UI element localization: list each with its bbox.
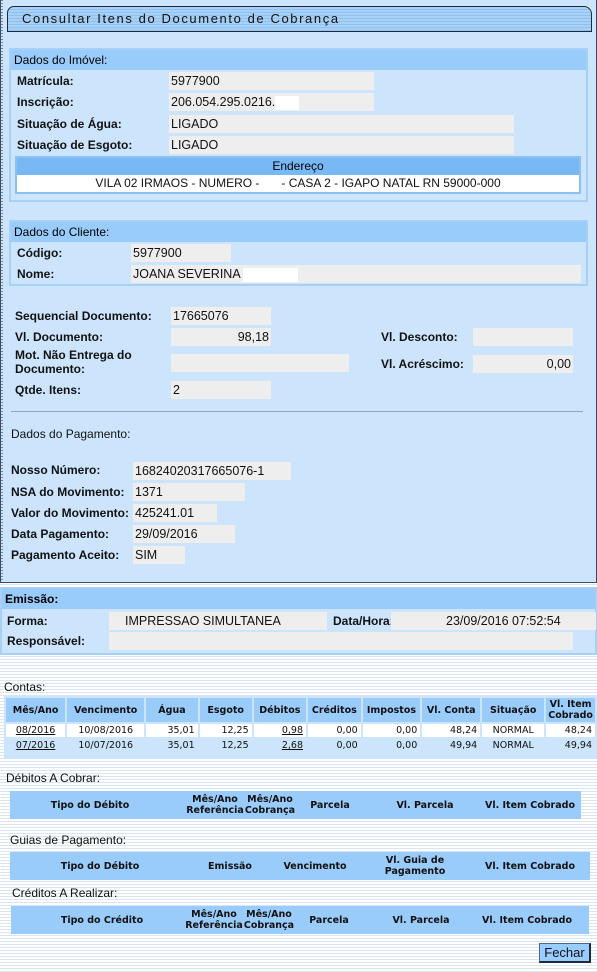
codigo-value: 5977900 xyxy=(131,244,231,262)
mot-label-2: Documento: xyxy=(15,362,85,376)
emissao-header: Emissão: xyxy=(2,589,595,609)
fechar-button[interactable]: Fechar xyxy=(539,943,591,963)
vl-desconto-label: Vl. Desconto: xyxy=(381,328,458,346)
table-cell: 10/08/2016 xyxy=(67,724,144,737)
aceito-label: Pagamento Aceito: xyxy=(11,546,119,564)
nsa-value: 1371 xyxy=(133,483,245,501)
contas-col-header: Esgoto xyxy=(200,698,252,722)
table-cell: 49,94 xyxy=(422,739,480,752)
inscricao-value: 206.054.295.0216. xyxy=(169,93,374,111)
mes-ano-link[interactable]: 08/2016 xyxy=(16,725,55,736)
table-cell: 0,00 xyxy=(308,724,361,737)
contas-col-header: Vl. Conta xyxy=(422,698,480,722)
endereco-box: Endereço VILA 02 IRMAOS - NUMERO -- CASA… xyxy=(15,156,581,194)
datahora-label: Data/Hora: xyxy=(333,612,394,630)
qtde-value: 2 xyxy=(171,381,271,399)
endereco-header: Endereço xyxy=(17,158,579,175)
table-cell: 35,01 xyxy=(146,724,197,737)
table-cell: NORMAL xyxy=(482,724,544,737)
table-cell: 2,68 xyxy=(254,739,306,752)
debitos-link[interactable]: 2,68 xyxy=(282,740,303,751)
guias-col-header: Tipo do Débito xyxy=(45,861,155,872)
mot-label-1: Mot. Não Entrega do xyxy=(15,348,132,362)
vl-desconto-value xyxy=(473,328,573,346)
matricula-label: Matrícula: xyxy=(17,72,74,90)
main-panel: Consultar Itens do Documento de Cobrança… xyxy=(0,0,597,583)
vl-acrescimo-label: Vl. Acréscimo: xyxy=(381,355,464,373)
creditos-col-header: Vl. Parcela xyxy=(366,915,476,926)
contas-col-header: Débitos xyxy=(254,698,306,722)
table-cell: 48,24 xyxy=(422,724,480,737)
endereco-part2: - CASA 2 - IGAPO NATAL RN 59000-000 xyxy=(281,176,500,190)
forma-value: IMPRESSAO SIMULTANEA xyxy=(109,612,327,630)
table-cell: 0,00 xyxy=(308,739,361,752)
responsavel-label: Responsável: xyxy=(7,632,85,650)
sit-esgoto-label: Situação de Esgoto: xyxy=(17,136,132,154)
contas-col-header: Situação xyxy=(482,698,544,722)
table-cell: 12,25 xyxy=(200,724,252,737)
creditos-col-header: Mês/Ano Cobrança xyxy=(239,909,299,931)
contas-col-header: Impostos xyxy=(363,698,421,722)
nosso-numero-label: Nosso Número: xyxy=(11,461,100,479)
aceito-value: SIM xyxy=(133,546,185,564)
contas-col-header: Mês/Ano xyxy=(6,698,65,722)
nosso-numero-value: 16824020317665076-1 xyxy=(133,462,291,480)
guias-col-header: Vl. Item Cobrado xyxy=(480,861,580,872)
sequencial-value: 17665076 xyxy=(171,307,271,325)
creditos-table: Tipo do CréditoMês/Ano ReferênciaMês/Ano… xyxy=(11,906,589,934)
guias-table: Tipo do DébitoEmissãoVencimentoVl. Guia … xyxy=(10,852,590,880)
contas-header-row: Mês/AnoVencimentoÁguaEsgotoDébitosCrédit… xyxy=(6,698,595,722)
sit-agua-label: Situação de Água: xyxy=(17,115,122,133)
table-cell: 07/2016 xyxy=(6,739,65,752)
table-cell: 08/2016 xyxy=(6,724,65,737)
table-cell: 12,25 xyxy=(200,739,252,752)
debitos-col-header: Tipo do Débito xyxy=(50,800,130,811)
table-cell: 49,94 xyxy=(546,739,595,752)
valor-value: 425241.01 xyxy=(133,504,217,522)
mot-value xyxy=(171,354,349,372)
redaction-block xyxy=(275,96,299,110)
table-cell: NORMAL xyxy=(482,739,544,752)
endereco-value: VILA 02 IRMAOS - NUMERO -- CASA 2 - IGAP… xyxy=(17,175,579,192)
table-cell: 48,24 xyxy=(546,724,595,737)
qtde-label: Qtde. Itens: xyxy=(15,381,81,399)
creditos-col-header: Vl. Item Cobrado xyxy=(477,915,577,926)
contas-title: Contas: xyxy=(4,680,45,694)
creditos-col-header: Tipo do Crédito xyxy=(47,915,157,926)
guias-col-header: Vencimento xyxy=(270,861,360,872)
codigo-label: Código: xyxy=(17,244,62,262)
endereco-part1: VILA 02 IRMAOS - NUMERO - xyxy=(95,176,259,190)
divider xyxy=(11,411,583,412)
table-row: 08/201610/08/201635,0112,250,980,000,004… xyxy=(6,724,595,737)
debitos-table: Tipo do DébitoMês/Ano ReferênciaMês/Ano … xyxy=(10,791,581,819)
contas-col-header: Vencimento xyxy=(67,698,144,722)
nome-label: Nome: xyxy=(17,265,54,283)
sit-esgoto-value: LIGADO xyxy=(169,136,514,154)
debitos-col-header: Vl. Item Cobrado xyxy=(480,800,580,811)
valor-label: Valor do Movimento: xyxy=(11,504,129,522)
creditos-col-header: Parcela xyxy=(299,915,359,926)
debitos-col-header: Vl. Parcela xyxy=(370,800,480,811)
vl-documento-label: Vl. Documento: xyxy=(15,328,103,346)
nome-value: JOANA SEVERINA xyxy=(131,265,581,283)
table-cell: 0,00 xyxy=(363,739,421,752)
debitos-title: Débitos A Cobrar: xyxy=(6,771,100,785)
redaction-block xyxy=(243,268,298,282)
mes-ano-link[interactable]: 07/2016 xyxy=(16,740,55,751)
inscricao-text: 206.054.295.0216. xyxy=(171,95,275,109)
pagamento-header: Dados do Pagamento: xyxy=(11,425,130,443)
table-row: 07/201610/07/201635,0112,252,680,000,004… xyxy=(6,739,595,752)
table-cell: 10/07/2016 xyxy=(67,739,144,752)
table-cell: 35,01 xyxy=(146,739,197,752)
guias-col-header: Emissão xyxy=(190,861,270,872)
vl-acrescimo-value: 0,00 xyxy=(473,355,573,373)
redaction-block xyxy=(259,177,281,191)
sequencial-label: Sequencial Documento: xyxy=(15,307,152,325)
nsa-label: NSA do Movimento: xyxy=(11,483,125,501)
cliente-header: Dados do Cliente: xyxy=(11,222,586,242)
data-pagamento-value: 29/09/2016 xyxy=(133,525,235,543)
sit-agua-value: LIGADO xyxy=(169,115,514,133)
contas-table: Mês/AnoVencimentoÁguaEsgotoDébitosCrédit… xyxy=(4,696,597,754)
table-cell: 0,00 xyxy=(363,724,421,737)
guias-col-header: Vl. Guia de Pagamento xyxy=(370,855,460,877)
creditos-title: Créditos A Realizar: xyxy=(12,886,117,900)
inscricao-label: Inscrição: xyxy=(17,93,74,111)
data-pagamento-label: Data Pagamento: xyxy=(11,525,109,543)
table-cell: 0,98 xyxy=(254,724,306,737)
debitos-col-header: Mês/Ano Cobrança xyxy=(240,794,300,816)
datahora-value: 23/09/2016 07:52:54 xyxy=(391,612,596,630)
imovel-header: Dados do Imóvel: xyxy=(11,50,586,70)
debitos-link[interactable]: 0,98 xyxy=(282,725,303,736)
contas-col-header: Água xyxy=(146,698,197,722)
contas-col-header: Créditos xyxy=(308,698,361,722)
responsavel-value xyxy=(109,632,573,650)
contas-col-header: Vl. Item Cobrado xyxy=(546,698,595,722)
debitos-col-header: Parcela xyxy=(300,800,360,811)
nome-text: JOANA SEVERINA xyxy=(133,267,240,281)
page-title: Consultar Itens do Documento de Cobrança xyxy=(7,6,592,32)
matricula-value: 5977900 xyxy=(169,72,374,90)
forma-label: Forma: xyxy=(7,612,48,630)
vl-documento-value: 98,18 xyxy=(171,328,271,346)
guias-title: Guias de Pagamento: xyxy=(10,833,126,847)
